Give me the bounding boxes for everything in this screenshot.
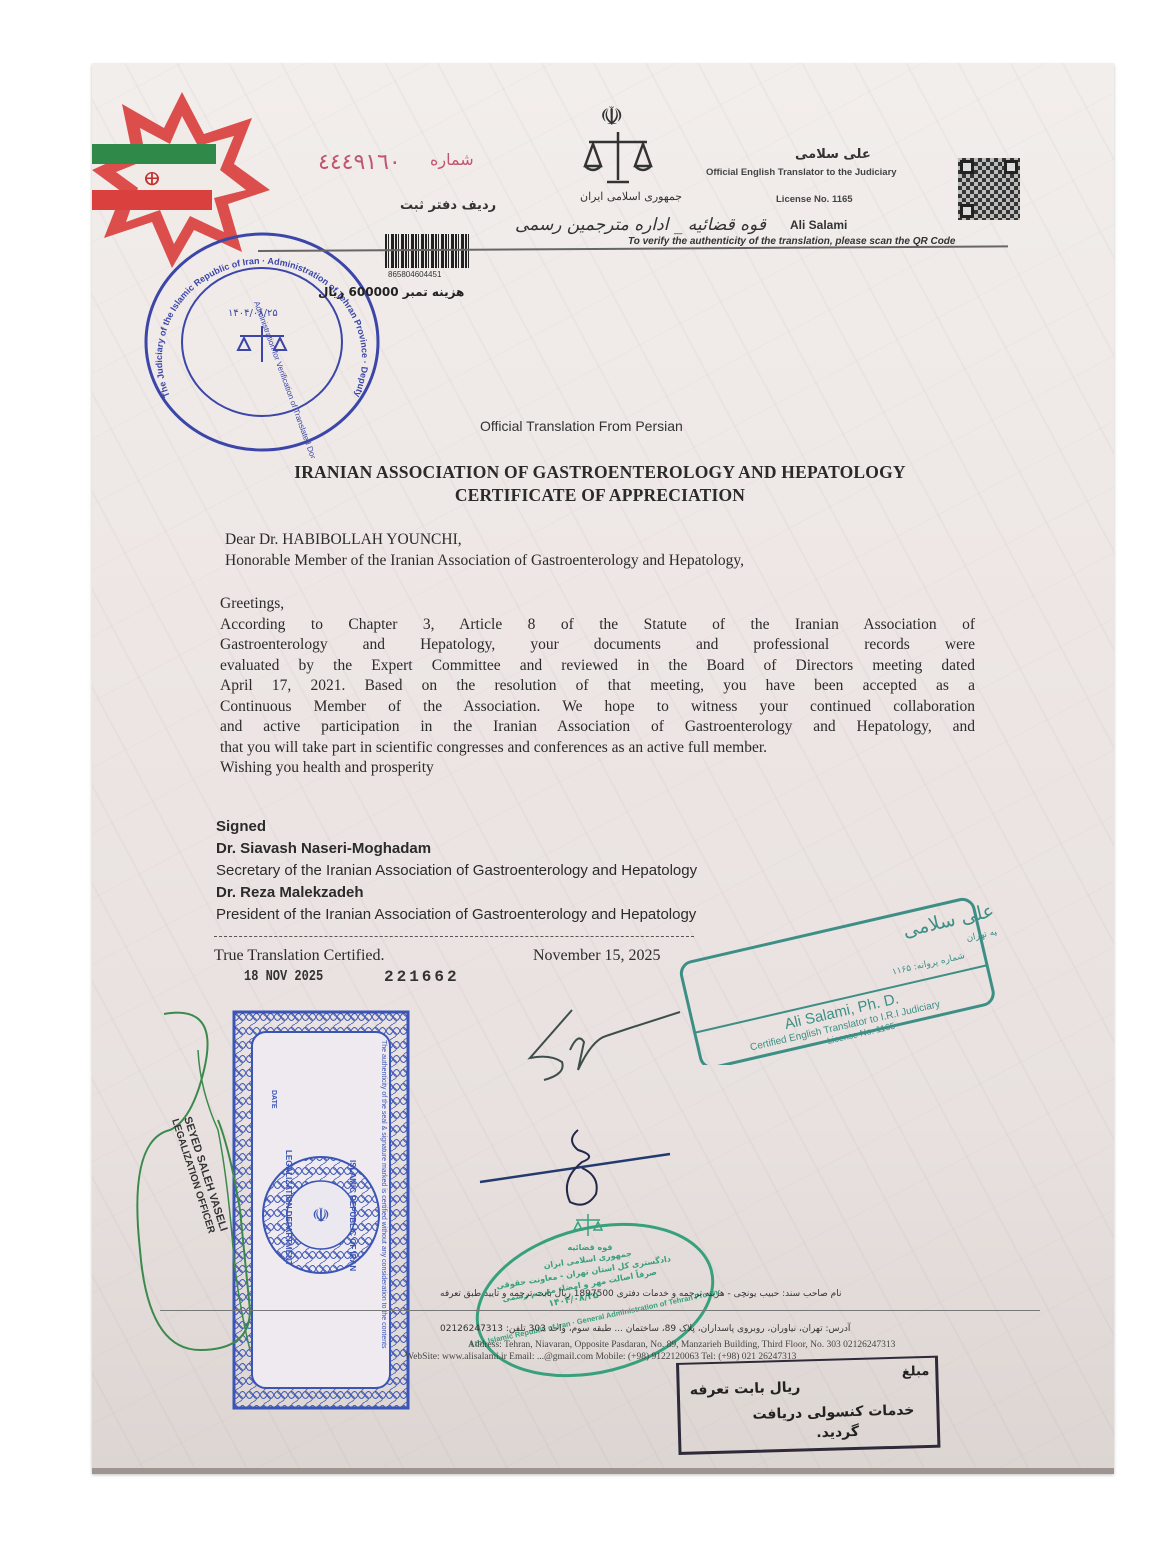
footer-divider xyxy=(160,1310,1040,1311)
body-line: According to Chapter 3, Article 8 of the… xyxy=(220,615,975,636)
barcode xyxy=(385,234,470,268)
qr-code-icon[interactable] xyxy=(958,158,1020,220)
signatory-1-title: Secretary of the Iranian Association of … xyxy=(216,860,856,882)
salutation-title: Honorable Member of the Iranian Associat… xyxy=(225,551,985,572)
document-title: IRANIAN ASSOCIATION OF GASTROENTEROLOGY … xyxy=(0,462,1170,483)
registration-number: ٤٤٤٩١٦٠ xyxy=(318,150,401,175)
stamped-number: 221662 xyxy=(384,968,460,986)
government-label: جمهوری اسلامی ایران xyxy=(580,190,682,203)
signature-1 xyxy=(510,980,710,1090)
translator-name-fa: علی سلامی xyxy=(795,147,871,162)
translator-name-en: Ali Salami xyxy=(790,218,847,232)
body-line: that you will take part in scientific co… xyxy=(220,738,975,759)
legalization-stamp-text: The authenticity of the seal & signature… xyxy=(380,1040,387,1349)
registration-label: شماره xyxy=(430,150,474,169)
footer-address-en: Address: Tehran, Niavaran, Opposite Pasd… xyxy=(468,1340,895,1350)
barcode-number: 865804604451 xyxy=(388,270,441,279)
true-translation-certified: True Translation Certified. xyxy=(214,947,385,965)
qr-finder xyxy=(960,160,974,174)
consular-fee-receipt: مبلغ ریال بابت تعرفه خدمات کنسولی دریافت… xyxy=(676,1356,940,1455)
body-line: Gastroenterology and Hepatology, your do… xyxy=(220,635,975,656)
body-line: evaluated by the Expert Committee and re… xyxy=(220,656,975,677)
round-stamp-date: ۱۴۰۴/۰۸/۲۵ xyxy=(228,308,278,319)
body-line: and active participation in the Iranian … xyxy=(220,717,975,738)
qr-finder xyxy=(1004,160,1018,174)
greeting: Greetings, xyxy=(220,594,975,615)
page-edge xyxy=(92,1468,1114,1474)
judiciary-round-stamp: The Judiciary of the Islamic Republic of… xyxy=(140,226,385,458)
legalization-date-label: DATE xyxy=(270,1090,277,1109)
stamped-date: 18 NOV 2025 xyxy=(244,968,323,985)
receipt-line-1: ریال بابت تعرفه xyxy=(690,1380,801,1399)
qr-finder xyxy=(960,204,974,218)
closing: Wishing you health and prosperity xyxy=(220,758,975,779)
dashed-divider xyxy=(214,936,694,937)
judiciary-label: قوه قضائیه _ اداره مترجمین رسمی xyxy=(515,215,766,235)
footer-address-fa: آدرس: تهران، نیاوران، روبروی پاسداران، پ… xyxy=(440,1324,850,1334)
body-line: April 17, 2021. Based on the resolution … xyxy=(220,676,975,697)
certification-date: November 15, 2025 xyxy=(533,947,661,965)
registry-row-label: ردیف دفتر ثبت xyxy=(400,198,496,213)
receipt-amount-label: مبلغ xyxy=(902,1364,930,1380)
salutation-name: Dear Dr. HABIBOLLAH YOUNCHI, xyxy=(225,530,985,551)
legalization-officer-signature: SEYED SALEH VASELI LEGALIZATION OFFICER xyxy=(100,1010,260,1380)
letter-body: Greetings, According to Chapter 3, Artic… xyxy=(220,594,975,779)
footer-owner-line: نام صاحب سند: حبیب یونچی - هزینه ترجمه و… xyxy=(440,1289,841,1299)
receipt-line-3: گردید. xyxy=(816,1424,859,1441)
iran-emblem-icon: ☫ xyxy=(600,102,623,132)
body-line: Continuous Member of the Association. We… xyxy=(220,697,975,718)
salutation: Dear Dr. HABIBOLLAH YOUNCHI, Honorable M… xyxy=(225,530,985,571)
document-subtitle: CERTIFICATE OF APPRECIATION xyxy=(0,485,1170,506)
scales-of-justice-icon xyxy=(583,130,653,188)
emblem-icon: ☫ xyxy=(312,1203,330,1227)
signed-label: Signed xyxy=(216,816,856,838)
receipt-line-2: خدمات کنسولی دریافت xyxy=(752,1402,914,1423)
svg-text:ⴲ: ⴲ xyxy=(144,169,160,190)
round-stamp-inner-text: Administration for Verification of Trans… xyxy=(252,300,327,458)
green-stamp-line-1: قوه قضائیه xyxy=(567,1243,612,1252)
legalization-ministry: ISLAMIC REPUBLIC OF IRAN xyxy=(348,1160,357,1271)
stamp-fee: هزینه تمبر 600000 ریال xyxy=(318,285,464,299)
legalization-department: LEGALIZATION DEPARTMENT xyxy=(284,1150,293,1266)
translator-stamp: دکتر علی سلامی مترجم رسمی زبان انگلیسی ق… xyxy=(672,890,997,1065)
translator-license: License No. 1165 xyxy=(776,194,853,205)
signatory-1-name: Dr. Siavash Naseri-Moghadam xyxy=(216,838,856,860)
official-translation-label: Official Translation From Persian xyxy=(480,418,683,434)
translator-title: Official English Translator to the Judic… xyxy=(706,167,897,178)
